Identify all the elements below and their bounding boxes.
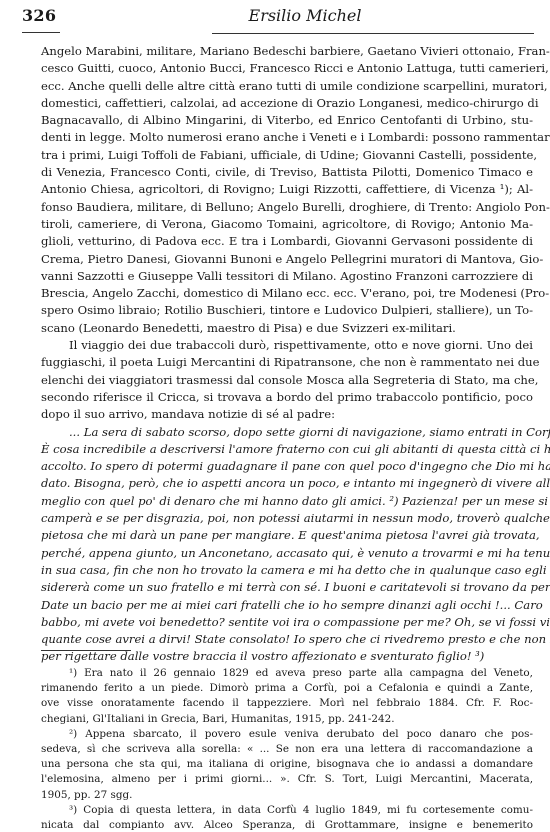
text-line: elenchi dei viaggiatori trasmessi dal co… [41, 372, 533, 389]
text-line: vanni Sazzotti e Giuseppe Valli tessitor… [41, 268, 533, 285]
text-line: domestici, caffettieri, calzolai, ad acc… [41, 95, 533, 112]
text-line: Il viaggio dei due trabaccoli durò, risp… [41, 337, 533, 354]
text-line: ... La sera di sabato scorso, dopo sette… [41, 424, 533, 441]
text-line: Antonio Chiesa, agricoltori, di Rovigno;… [41, 181, 533, 198]
text-line: denti in legge. Molto numerosi erano anc… [41, 129, 533, 146]
footnote-3: ³) Copia di questa lettera, in data Corf… [41, 803, 533, 832]
text-line: dopo il suo arrivo, mandava notizie di s… [41, 406, 533, 423]
footnote-line: chegiani, Gl'Italiani in Grecia, Bari, H… [41, 712, 533, 727]
text-line: Date un bacio per me ai miei cari fratel… [41, 597, 533, 614]
text-line: perché, appena giunto, un Anconetano, ac… [41, 545, 533, 562]
text-line: fonso Baudiera, militare, di Belluno; An… [41, 199, 533, 216]
footnote-line: nicata dal compianto avv. Alceo Speranza… [41, 818, 533, 832]
text-line: È cosa incredibile a descriversi l'amore… [41, 441, 533, 458]
page-header: 326 Ersilio Michel [0, 0, 550, 40]
text-line: dato. Bisogna, però, che io aspetti anco… [41, 475, 533, 492]
text-line: Brescia, Angelo Zacchi, domestico di Mil… [41, 285, 533, 302]
footnote-line: una persona che sta qui, ma italiana di … [41, 757, 533, 772]
footnote-line: 1905, pp. 27 sgg. [41, 788, 533, 803]
body-text: Angelo Marabini, militare, Mariano Bedes… [41, 43, 533, 666]
footnote-line: l'elemosina, almeno per i primi giorni..… [41, 772, 533, 787]
text-line: Crema, Pietro Danesi, Giovanni Bunoni e … [41, 251, 533, 268]
quoted-letter: ... La sera di sabato scorso, dopo sette… [41, 424, 533, 666]
text-line: fuggiaschi, il poeta Luigi Mercantini di… [41, 354, 533, 371]
footnote-1: ¹) Era nato il 26 gennaio 1829 ed aveva … [41, 666, 533, 727]
text-line: camperà e se per disgrazia, poi, non pot… [41, 510, 533, 527]
text-line: Bagnacavallo, di Albino Mingarini, di Vi… [41, 112, 533, 129]
paragraph-2: Il viaggio dei due trabaccoli durò, risp… [41, 337, 533, 423]
footnote-rule [41, 650, 131, 651]
text-line: meglio con quel po' di denaro che mi han… [41, 493, 533, 510]
text-line: tra i primi, Luigi Toffoli de Fabiani, u… [41, 147, 533, 164]
text-line: cesco Guitti, cuoco, Antonio Bucci, Fran… [41, 60, 533, 77]
text-line: sidererà come un suo fratello e mi terrà… [41, 579, 533, 596]
text-line: glioli, vetturino, di Padova ecc. E tra … [41, 233, 533, 250]
text-line: tiroli, cameriere, di Verona, Giacomo To… [41, 216, 533, 233]
footnote-line: ²) Appena sbarcato, il povero esule veni… [41, 727, 533, 742]
footnotes: ¹) Era nato il 26 gennaio 1829 ed aveva … [41, 666, 533, 832]
footnote-line: sedeva, sì che scriveva alla sorella: « … [41, 742, 533, 757]
paragraph-1: Angelo Marabini, militare, Mariano Bedes… [41, 43, 533, 337]
text-line: babbo, mi avete voi benedetto? sentite v… [41, 614, 533, 631]
text-line: di Venezia, Francesco Conti, civile, di … [41, 164, 533, 181]
footnote-2: ²) Appena sbarcato, il povero esule veni… [41, 727, 533, 803]
footnote-line: ³) Copia di questa lettera, in data Corf… [41, 803, 533, 818]
footnote-line: ¹) Era nato il 26 gennaio 1829 ed aveva … [41, 666, 533, 681]
text-line: quante cose avrei a dirvi! State consola… [41, 631, 533, 648]
text-line: accolto. Io spero di potermi guadagnare … [41, 458, 533, 475]
text-line: pietosa che mi darà un pane per mangiare… [41, 527, 533, 544]
text-line: Angelo Marabini, militare, Mariano Bedes… [41, 43, 533, 60]
footnote-line: rimanendo ferito a un piede. Dimorò prim… [41, 681, 533, 696]
text-line: secondo riferisce il Cricca, si trovava … [41, 389, 533, 406]
text-line: in sua casa, fin che non ho trovato la c… [41, 562, 533, 579]
header-rule-left [22, 32, 60, 33]
text-line: ecc. Anche quelli delle altre città eran… [41, 78, 533, 95]
text-line: scano (Leonardo Benedetti, maestro di Pi… [41, 320, 533, 337]
running-head: Ersilio Michel [0, 6, 550, 25]
footnote-line: ove visse onoratamente facendo il tappez… [41, 696, 533, 711]
text-line: spero Osimo libraio; Rotilio Buschieri, … [41, 302, 533, 319]
header-rule-right [212, 33, 534, 34]
